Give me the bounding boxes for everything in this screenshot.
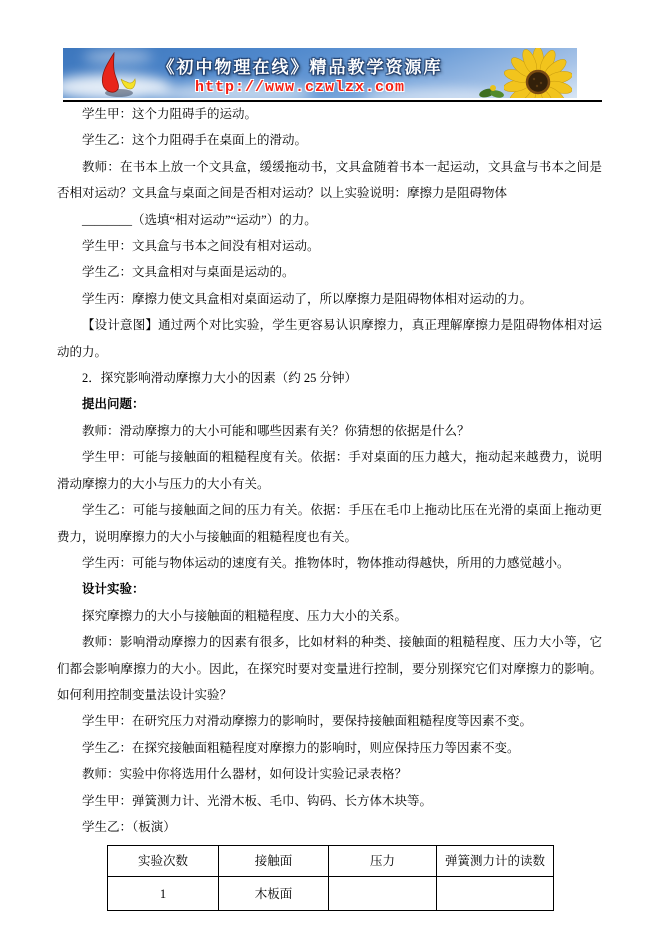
sunflower-icon <box>504 48 572 98</box>
paragraph-list: 学生甲：这个力阻碍手的运动。学生乙：这个力阻碍手在桌面上的滑动。教师：在书本上放… <box>57 101 602 840</box>
table-cell <box>329 877 437 911</box>
table-cell <box>437 877 554 911</box>
paragraph: ________（选填“相对运动”“运动”）的力。 <box>57 207 602 233</box>
table-header-cell: 接触面 <box>219 846 329 877</box>
paragraph: 教师：滑动摩擦力的大小可能和哪些因素有关？你猜想的依据是什么？ <box>57 418 602 444</box>
paragraph: 学生甲：弹簧测力计、光滑木板、毛巾、钩码、长方体木块等。 <box>57 788 602 814</box>
banner-text-block: 《初中物理在线》精品教学资源库 http://www.czwlzx.com <box>103 48 497 96</box>
plant-icon <box>477 81 507 98</box>
paragraph: 学生乙：文具盒相对与桌面是运动的。 <box>57 259 602 285</box>
document-page: 《初中物理在线》精品教学资源库 http://www.czwlzx.com <box>0 0 661 935</box>
paragraph: 教师：影响滑动摩擦力的因素有很多，比如材料的种类、接触面的粗糙程度、压力大小等，… <box>57 629 602 708</box>
table-row: 1木板面 <box>108 877 554 911</box>
paragraph: 学生丙：可能与物体运动的速度有关。推物体时，物体推动得越快，所用的力感觉越小。 <box>57 550 602 576</box>
site-banner: 《初中物理在线》精品教学资源库 http://www.czwlzx.com <box>63 48 577 98</box>
table-header-cell: 弹簧测力计的读数 <box>437 846 554 877</box>
section-heading: 设计实验： <box>57 576 602 602</box>
table-cell: 木板面 <box>219 877 329 911</box>
banner-title: 《初中物理在线》精品教学资源库 <box>103 53 497 78</box>
table-header-cell: 压力 <box>329 846 437 877</box>
paragraph: 教师：在书本上放一个文具盒，缓缓拖动书，文具盒随着书本一起运动，文具盒与书本之间… <box>57 154 602 207</box>
paragraph: 学生乙：这个力阻碍手在桌面上的滑动。 <box>57 127 602 153</box>
paragraph: 学生乙：（板演） <box>57 814 602 840</box>
experiment-table: 实验次数接触面压力弹簧测力计的读数 1木板面 <box>107 845 554 911</box>
paragraph: 学生甲：可能与接触面的粗糙程度有关。依据：手对桌面的压力越大，拖动起来越费力，说… <box>57 444 602 497</box>
paragraph: 2．探究影响滑动摩擦力大小的因素（约 25 分钟） <box>57 365 602 391</box>
paragraph: 学生乙：可能与接触面之间的压力有关。依据：手压在毛巾上拖动比压在光滑的桌面上拖动… <box>57 497 602 550</box>
paragraph: 教师：实验中你将选用什么器材，如何设计实验记录表格？ <box>57 761 602 787</box>
table-body: 1木板面 <box>108 877 554 911</box>
paragraph: 探究摩擦力的大小与接触面的粗糙程度、压力大小的关系。 <box>57 603 602 629</box>
table-header-row: 实验次数接触面压力弹簧测力计的读数 <box>108 846 554 877</box>
banner-url: http://www.czwlzx.com <box>103 79 497 96</box>
paragraph: 学生丙：摩擦力使文具盒相对桌面运动了，所以摩擦力是阻碍物体相对运动的力。 <box>57 286 602 312</box>
document-body: 学生甲：这个力阻碍手的运动。学生乙：这个力阻碍手在桌面上的滑动。教师：在书本上放… <box>57 101 602 911</box>
section-heading: 提出问题： <box>57 391 602 417</box>
paragraph: 【设计意图】通过两个对比实验，学生更容易认识摩擦力，真正理解摩擦力是阻碍物体相对… <box>57 312 602 365</box>
paragraph: 学生甲：文具盒与书本之间没有相对运动。 <box>57 233 602 259</box>
paragraph: 学生乙：在探究接触面粗糙程度对摩擦力的影响时，则应保持压力等因素不变。 <box>57 735 602 761</box>
paragraph: 学生甲：这个力阻碍手的运动。 <box>57 101 602 127</box>
paragraph: 学生甲：在研究压力对滑动摩擦力的影响时，要保持接触面粗糙程度等因素不变。 <box>57 708 602 734</box>
table-cell: 1 <box>108 877 219 911</box>
table-header-cell: 实验次数 <box>108 846 219 877</box>
